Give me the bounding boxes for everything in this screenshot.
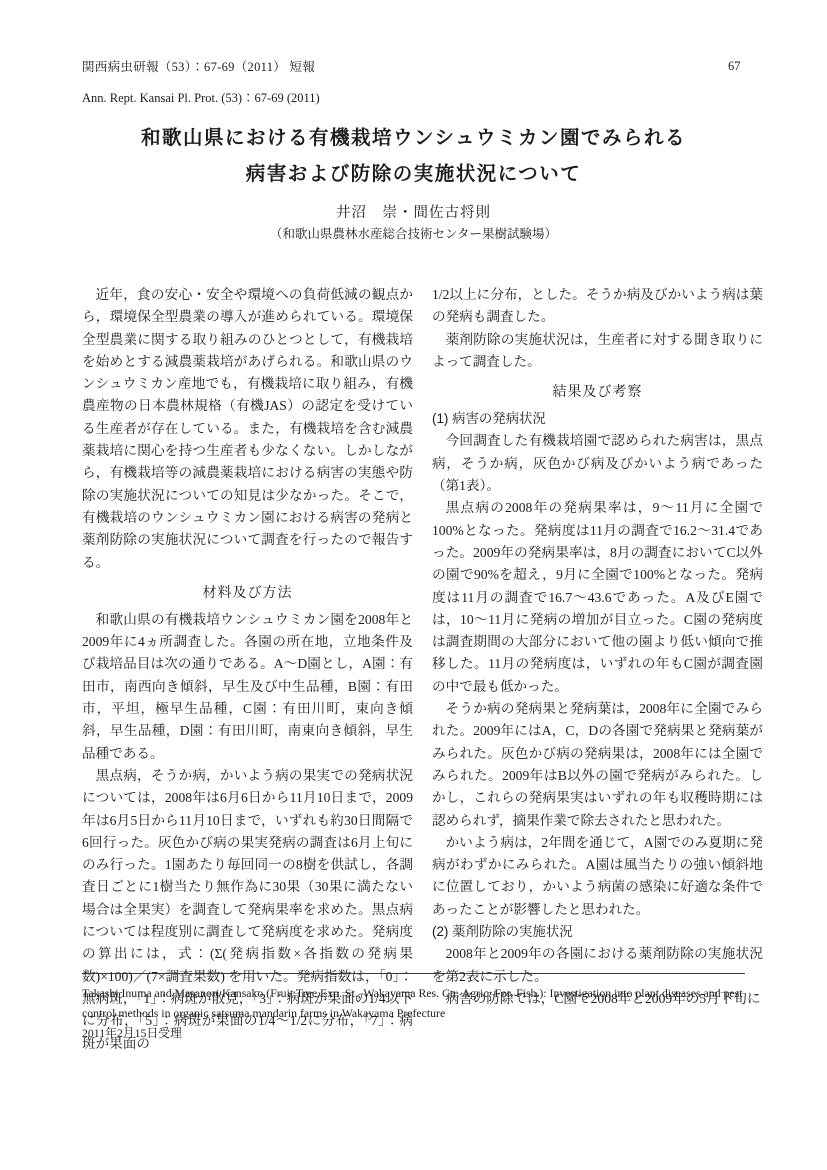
authors: 井沼 崇・間佐古将則 <box>0 201 827 222</box>
paragraph-canker-results: かいよう病は，2年間を通じて，A園でのみ夏期に発病がわずかにみられた。A園は風当… <box>432 832 763 921</box>
affiliation: （和歌山県農林水産総合技術センター果樹試験場） <box>0 224 827 242</box>
footnote-block: Takashi Inuma and Masanori Kansako (Frui… <box>82 973 763 1043</box>
paragraph-survey-method-continued: 1/2以上に分布，とした。そうか病及びかいよう病は葉の発病も調査した。 <box>432 284 763 329</box>
subsection-heading-spray-status: (2) 薬剤防除の実施状況 <box>432 921 763 943</box>
paragraph-scab-graymold-results: そうか病の発病果と発病葉は，2008年に全園でみられた。2009年にはA，C，D… <box>432 698 763 832</box>
paragraph-melanose-results: 黒点病の2008年の発病果率は，9～11月に全園で100%となった。発病度は11… <box>432 497 763 698</box>
paper-page: 関西病虫研報（53）：67-69（2011） 短報 Ann. Rept. Kan… <box>0 0 827 1170</box>
journal-citation-jp: 関西病虫研報（53）：67-69（2011） 短報 <box>82 57 315 75</box>
paragraph-interview-method: 薬剤防除の実施状況は，生産者に対する聞き取りによって調査した。 <box>432 329 763 374</box>
title-line-2: 病害および防除の実施状況について <box>246 164 582 185</box>
subsection-heading-disease-occurrence: (1) 病害の発病状況 <box>432 408 763 430</box>
paragraph-survey-sites: 和歌山県の有機栽培ウンシュウミカン園を2008年と2009年に4ヵ所調査した。各… <box>82 609 413 765</box>
journal-citation-en: Ann. Rept. Kansai Pl. Prot. (53)：67-69 (… <box>82 88 320 106</box>
footnote-english-citation: Takashi Inuma and Masanori Kansako (Frui… <box>82 983 756 1023</box>
left-column: 近年，食の安心・安全や環境への負荷低減の観点から，環境保全型農業の導入が進められ… <box>82 284 413 1055</box>
paragraph-diseases-found: 今回調査した有機栽培園で認められた病害は，黒点病，そうか病，灰色かび病及びかいよ… <box>432 430 763 497</box>
footnote-divider <box>82 973 745 974</box>
footnote-received-date: 2011年2月15日受理 <box>82 1023 763 1043</box>
right-column: 1/2以上に分布，とした。そうか病及びかいよう病は葉の発病も調査した。 薬剤防除… <box>432 284 763 1055</box>
title-line-1: 和歌山県における有機栽培ウンシュウミカン園でみられる <box>141 128 686 149</box>
paragraph-introduction: 近年，食の安心・安全や環境への負荷低減の観点から，環境保全型農業の導入が進められ… <box>82 284 413 574</box>
two-column-body: 近年，食の安心・安全や環境への負荷低減の観点から，環境保全型農業の導入が進められ… <box>82 284 763 1055</box>
page-number: 67 <box>728 59 741 74</box>
section-heading-results: 結果及び考察 <box>432 380 763 402</box>
section-heading-methods: 材料及び方法 <box>82 581 413 603</box>
paper-title: 和歌山県における有機栽培ウンシュウミカン園でみられる病害および防除の実施状況につ… <box>0 121 827 193</box>
